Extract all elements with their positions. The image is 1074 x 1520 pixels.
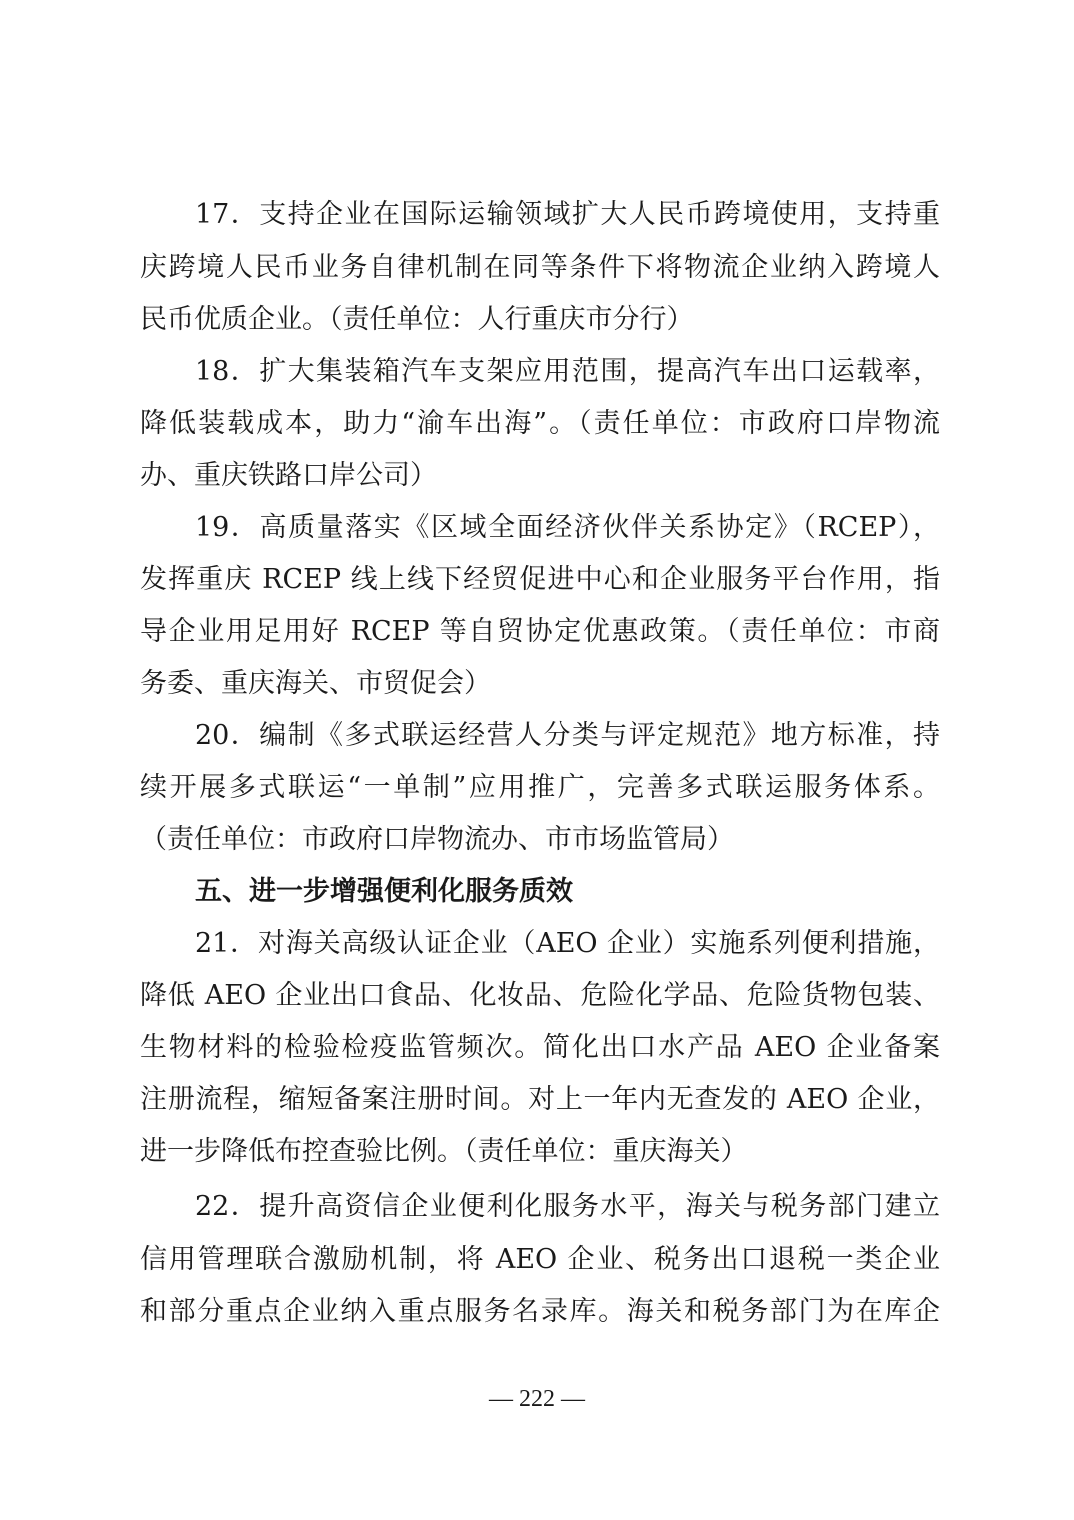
paragraph-line: 发挥重庆 RCEP 线上线下经贸促进中心和企业服务平台作用，指 (140, 563, 940, 597)
paragraph-line: 20．编制《多式联运经营人分类与评定规范》地方标准，持 (195, 719, 940, 753)
paragraph-line: 庆跨境人民币业务自律机制在同等条件下将物流企业纳入跨境人 (140, 251, 940, 285)
section-heading: 五、进一步增强便利化服务质效 (195, 875, 573, 909)
paragraph-line: 进一步降低布控查验比例。（责任单位：重庆海关） (140, 1135, 940, 1169)
paragraph-line: 和部分重点企业纳入重点服务名录库。海关和税务部门为在库企 (140, 1295, 940, 1329)
paragraph-line: 18．扩大集装箱汽车支架应用范围，提高汽车出口运载率， (195, 355, 940, 389)
paragraph-line: 注册流程，缩短备案注册时间。对上一年内无查发的 AEO 企业， (140, 1083, 940, 1117)
page-number: — 222 — (0, 1384, 1074, 1414)
paragraph-line: 续开展多式联运“一单制”应用推广，完善多式联运服务体系。 (140, 771, 940, 805)
paragraph-line: 降低装载成本，助力“渝车出海”。（责任单位：市政府口岸物流 (140, 407, 940, 441)
paragraph-line: 务委、重庆海关、市贸促会） (140, 667, 940, 701)
paragraph-line: 办、重庆铁路口岸公司） (140, 459, 940, 493)
paragraph-line: 19．高质量落实《区域全面经济伙伴关系协定》（RCEP）， (195, 511, 940, 545)
paragraph-line: 降低 AEO 企业出口食品、化妆品、危险化学品、危险货物包装、 (140, 979, 940, 1013)
paragraph-line: 民币优质企业。（责任单位：人行重庆市分行） (140, 303, 940, 337)
paragraph-line: 生物材料的检验检疫监管频次。简化出口水产品 AEO 企业备案 (140, 1031, 940, 1065)
paragraph-line: 22．提升高资信企业便利化服务水平，海关与税务部门建立 (195, 1190, 940, 1224)
paragraph-line: 导企业用足用好 RCEP 等自贸协定优惠政策。（责任单位：市商 (140, 615, 940, 649)
paragraph-line: 信用管理联合激励机制，将 AEO 企业、税务出口退税一类企业 (140, 1243, 940, 1277)
paragraph-line: 21．对海关高级认证企业（AEO 企业）实施系列便利措施， (195, 927, 940, 961)
document-page: 17．支持企业在国际运输领域扩大人民币跨境使用，支持重 庆跨境人民币业务自律机制… (0, 0, 1074, 1520)
paragraph-line: （责任单位：市政府口岸物流办、市市场监管局） (140, 823, 940, 857)
paragraph-line: 17．支持企业在国际运输领域扩大人民币跨境使用，支持重 (195, 198, 940, 232)
